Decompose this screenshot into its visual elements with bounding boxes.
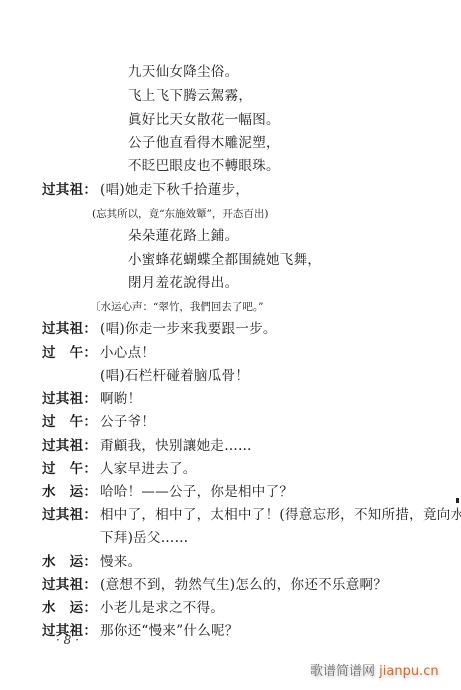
scan-mark — [456, 498, 459, 503]
book-page: 九天仙女降尘俗。飞上飞下腾云駕霧，眞好比天女散花一幅图。公子他直看得木雕泥塑，不… — [0, 0, 461, 690]
verse-line: 公子他直看得木雕泥塑， — [128, 134, 280, 152]
line-text: 朵朵蓮花路上鋪。 — [128, 228, 238, 244]
speaker-name: 水 运： — [42, 483, 100, 501]
line-text: 相中了，相中了，太相中了！(得意忘形，不知所措，竟向水运 — [100, 507, 461, 523]
speaker-name: 过其祖： — [42, 320, 100, 338]
line-text: 小蜜蜂花蝴蝶全都围繞她飞舞， — [128, 252, 321, 268]
line-text: (意想不到，勃然气生)怎么的，你还不乐意啊？ — [100, 577, 387, 593]
line-text: 公子他直看得木雕泥塑， — [128, 135, 280, 151]
line-text: 哈哈！——公子，你是相中了？ — [100, 484, 293, 500]
line-text: 眞好比天女散花一幅图。 — [128, 112, 280, 128]
verse-line: 飞上飞下腾云駕霧， — [128, 87, 252, 105]
speaker-name: 过 午： — [42, 460, 100, 478]
speaker-name: 过 午： — [42, 413, 100, 431]
speaker-name: 水 运： — [42, 553, 100, 571]
stage-direction: (忘其所以，竟“东施效颦”，开态百出) — [92, 208, 268, 220]
speaker-name: 过 午： — [42, 344, 100, 362]
line-text: (唱)她走下秋千拾蓮步， — [100, 182, 249, 198]
speaker-name: 过其祖： — [42, 390, 100, 408]
watermark: 歌谱简谱网 jianpu.cn — [310, 660, 439, 679]
stage-direction: 〔水运心声：“翠竹，我們回去了吧。” — [90, 301, 264, 313]
dialogue-line: 过 午：人家早进去了。 — [42, 460, 197, 478]
dialogue-line: 过 午：公子爷！ — [42, 413, 155, 431]
line-text: 下拜)岳父…… — [100, 530, 188, 546]
line-text: 小心点！ — [100, 345, 155, 361]
dialogue-line: 过其祖：(唱)她走下秋千拾蓮步， — [42, 181, 249, 199]
dialogue-line: 过其祖：甭顧我，快别讓她走…… — [42, 437, 252, 455]
watermark-url[interactable]: jianpu.cn — [379, 664, 438, 679]
speaker-name: 过其祖： — [42, 437, 100, 455]
line-text: 九天仙女降尘俗。 — [128, 64, 238, 80]
line-text: 人家早进去了。 — [100, 461, 197, 477]
dialogue-line: 过其祖：(意想不到，勃然气生)怎么的，你还不乐意啊？ — [42, 576, 387, 594]
verse-line: 小蜜蜂花蝴蝶全都围繞她飞舞， — [128, 251, 321, 269]
speaker-name: 水 运： — [42, 599, 100, 617]
dialogue-line: 过其祖：(唱)你走一步来我要跟一步。 — [42, 320, 277, 338]
speaker-name: 过其祖： — [42, 576, 100, 594]
verse-line: (唱)石栏杆碰着脑瓜骨！ — [100, 367, 249, 385]
line-text: (唱)石栏杆碰着脑瓜骨！ — [100, 368, 249, 384]
verse-line: 眞好比天女散花一幅图。 — [128, 111, 280, 129]
line-text: (唱)你走一步来我要跟一步。 — [100, 321, 277, 337]
line-text: 公子爷！ — [100, 414, 155, 430]
line-text: 飞上飞下腾云駕霧， — [128, 88, 252, 104]
dialogue-line: 水 运：慢来。 — [42, 553, 141, 571]
line-text: 那你还“慢来”什么呢？ — [100, 623, 239, 639]
verse-line: 不眨巴眼皮也不轉眼珠。 — [128, 157, 280, 175]
line-text: 不眨巴眼皮也不轉眼珠。 — [128, 158, 280, 174]
verse-line: 閉月羞花說得出。 — [128, 274, 238, 292]
verse-line: 下拜)岳父…… — [100, 529, 188, 547]
line-text: 甭顧我，快别讓她走…… — [100, 438, 252, 454]
verse-line: (忘其所以，竟“东施效颦”，开态百出) — [92, 204, 268, 223]
dialogue-line: 水 运：小老儿是求之不得。 — [42, 599, 224, 617]
dialogue-line: 水 运：哈哈！——公子，你是相中了？ — [42, 483, 293, 501]
watermark-site-name: 歌谱简谱网 — [310, 664, 375, 679]
dialogue-line: 过 午：小心点！ — [42, 344, 155, 362]
dialogue-line: 过其祖：啊喲！ — [42, 390, 141, 408]
verse-line: 九天仙女降尘俗。 — [128, 63, 238, 81]
line-text: 閉月羞花說得出。 — [128, 275, 238, 291]
verse-line: 〔水运心声：“翠竹，我們回去了吧。” — [90, 297, 264, 316]
page-number: · 8 · — [56, 633, 79, 647]
dialogue-line: 过其祖：相中了，相中了，太相中了！(得意忘形，不知所措，竟向水运 — [42, 506, 461, 524]
verse-line: 朵朵蓮花路上鋪。 — [128, 227, 238, 245]
line-text: 小老儿是求之不得。 — [100, 600, 224, 616]
line-text: 慢来。 — [100, 554, 141, 570]
speaker-name: 过其祖： — [42, 506, 100, 524]
speaker-name: 过其祖： — [42, 181, 100, 199]
line-text: 啊喲！ — [100, 391, 141, 407]
